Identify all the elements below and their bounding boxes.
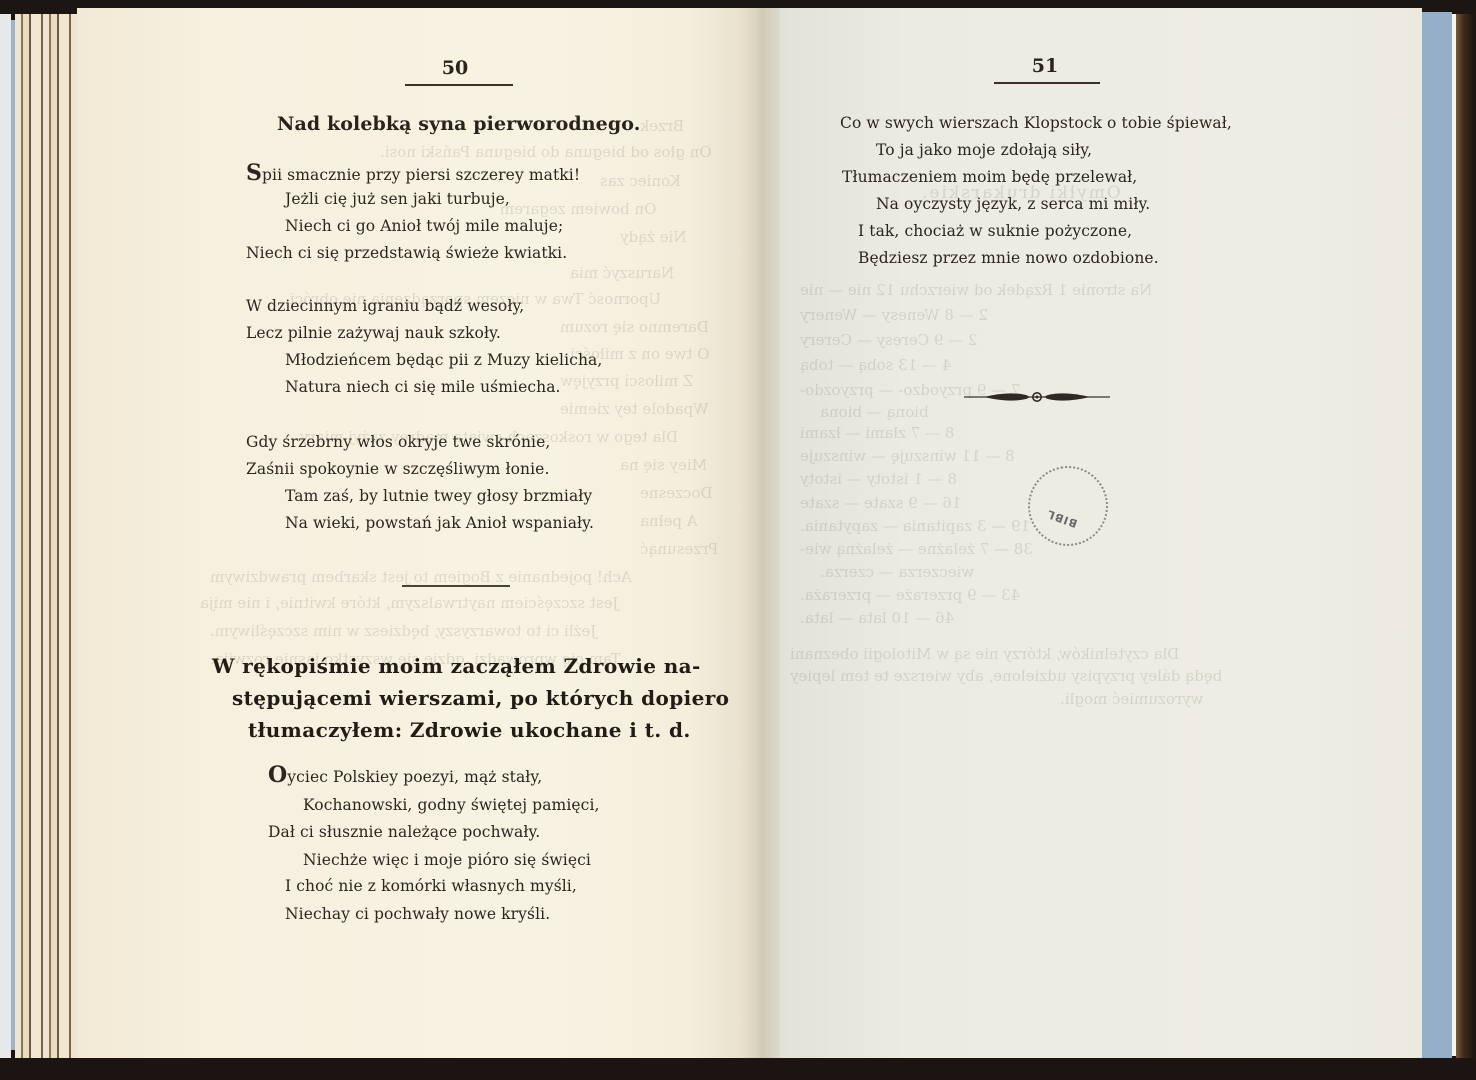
poem-line: Tam zaś, by lutnie twey głosy brzmiały — [285, 487, 592, 505]
poem-line: Jeżli cię już sen jaki turbuje, — [285, 190, 510, 208]
poem-line: Dał ci słusznie należące pochwały. — [268, 823, 540, 841]
poem-line: Niechay ci pochwały nowe kryśli. — [285, 905, 550, 923]
poem-line: Niech ci się przedstawią świeże kwiatki. — [246, 244, 567, 262]
poem-line: Tłumaczeniem moim będę przelewał, — [842, 168, 1137, 186]
poem-line: Natura niech ci się mile uśmiecha. — [285, 378, 561, 396]
page-stack-edges — [15, 14, 77, 1058]
section-divider — [402, 585, 510, 587]
scanner-left-margin — [0, 14, 11, 1058]
poem-line: Lecz pilnie zażywaj nauk szkoły. — [246, 324, 501, 342]
poem-line: Na wieki, powstań jak Anioł wspaniały. — [285, 514, 594, 532]
drop-cap: O — [268, 762, 287, 788]
poem-line: Co w swych wierszach Klopstock o tobie ś… — [840, 114, 1232, 132]
poem-line: Na oyczysty język, z serca mi miły. — [876, 195, 1150, 213]
poem-line: W dziecinnym igraniu bądź wesoły, — [246, 297, 524, 315]
note-heading-line: stępującemi wierszami, po których dopier… — [232, 686, 729, 710]
poem-line: Niechże więc i moje pióro się święci — [303, 851, 591, 869]
note-heading-line: tłumaczyłem: Zdrowie ukochane i t. d. — [248, 718, 691, 742]
poem-line: Gdy śrzebrny włos okryje twe skrónie, — [246, 433, 550, 451]
page-number-right: 51 — [1020, 55, 1070, 77]
cover-edge-right — [1422, 12, 1452, 1060]
scanner-bottom-edge — [0, 1058, 1476, 1080]
cover-board-edge — [1456, 14, 1476, 1058]
poem-line: Będziesz przez mnie nowo ozdobione. — [858, 249, 1159, 267]
note-heading-line: W rękopiśmie moim zacząłem Zdrowie na- — [212, 654, 701, 678]
poem-line: Młodzieńcem będąc pii z Muzy kielicha, — [285, 351, 602, 369]
tailpiece-ornament-icon — [964, 390, 1110, 404]
poem-line: I choć nie z komórki własnych myśli, — [285, 877, 577, 895]
poem-line: Zaśnii spokoynie w szczęśliwym łonie. — [246, 460, 549, 478]
poem-line: To ja jako moje zdołają siły, — [876, 141, 1092, 159]
page-number-rule-left — [405, 84, 513, 86]
poem-line: I tak, chociaż w suknie pożyczone, — [858, 222, 1132, 240]
poem-line: Kochanowski, godny świętej pamięci, — [303, 796, 600, 814]
poem-line: Spii smacznie przy piersi szczerey matki… — [246, 160, 580, 186]
page-number-rule-right — [994, 82, 1100, 84]
poem-line: Niech ci go Anioł twój mile maluje; — [285, 217, 563, 235]
book-scan: Brzek On głos od bieguna do bieguna Pańs… — [0, 0, 1476, 1080]
poem-line: Oyciec Polskiey poezyi, mąż stały, — [268, 762, 542, 788]
poem-title: Nad kolebką syna pierworodnego. — [277, 113, 640, 135]
drop-cap: S — [246, 160, 262, 186]
book-gutter — [740, 8, 780, 1060]
page-number-left: 50 — [430, 57, 480, 79]
